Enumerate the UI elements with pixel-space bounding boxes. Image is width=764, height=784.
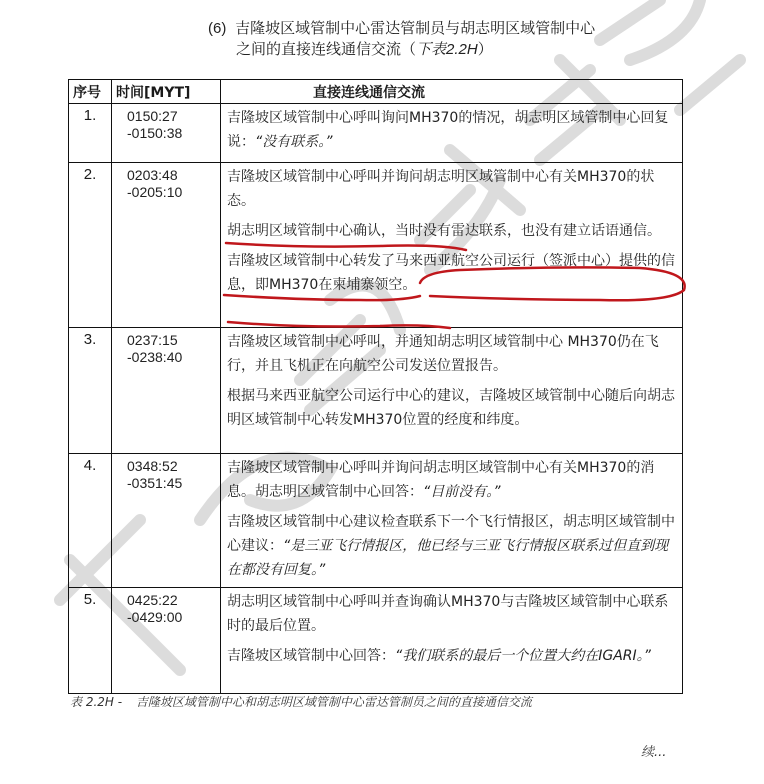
row-time: 0150:27-0150:38: [112, 104, 221, 163]
row-time: 0348:52-0351:45: [112, 454, 221, 588]
row-communication: 吉隆坡区域管制中心呼叫并询问胡志明区域管制中心有关MH370的消息。胡志明区域管…: [221, 454, 683, 588]
row-communication: 胡志明区域管制中心呼叫并查询确认MH370与吉隆坡区域管制中心联系时的最后位置。…: [221, 588, 683, 694]
table-row: 3. 0237:15-0238:40 吉隆坡区域管制中心呼叫，并通知胡志明区域管…: [69, 328, 683, 454]
table-row: 4. 0348:52-0351:45 吉隆坡区域管制中心呼叫并询问胡志明区域管制…: [69, 454, 683, 588]
row-time: 0425:22-0429:00: [112, 588, 221, 694]
communication-table: 序号 时间[MYT] 直接连线通信交流 1. 0150:27-0150:38 吉…: [68, 79, 683, 694]
table-row: 1. 0150:27-0150:38 吉隆坡区域管制中心呼叫询问MH370的情况…: [69, 104, 683, 163]
row-seq: 3.: [69, 328, 112, 454]
row-seq: 1.: [69, 104, 112, 163]
table-caption: 表 2.2H - 吉隆坡区域管制中心和胡志明区域管制中心雷达管制员之间的直接通信…: [70, 693, 532, 710]
header-seq: 序号: [69, 80, 112, 104]
row-time: 0237:15-0238:40: [112, 328, 221, 454]
section-number: (6): [208, 20, 226, 37]
table-row: 2. 0203:48-0205:10 吉隆坡区域管制中心呼叫并询问胡志明区域管制…: [69, 163, 683, 328]
caption-label: 表 2.2H -: [70, 693, 132, 710]
continued-marker: 续...: [641, 741, 666, 760]
row-communication: 吉隆坡区域管制中心呼叫询问MH370的情况，胡志明区域管制中心回复说：“没有联系…: [221, 104, 683, 163]
section-heading: (6) 吉隆坡区域管制中心雷达管制员与胡志明区域管制中心 之间的直接连线通信交流…: [208, 18, 648, 60]
row-seq: 5.: [69, 588, 112, 694]
table-row: 5. 0425:22-0429:00 胡志明区域管制中心呼叫并查询确认MH370…: [69, 588, 683, 694]
caption-text: 吉隆坡区域管制中心和胡志明区域管制中心雷达管制员之间的直接通信交流: [136, 695, 532, 709]
row-communication: 吉隆坡区域管制中心呼叫并询问胡志明区域管制中心有关MH370的状态。 胡志明区域…: [221, 163, 683, 328]
table-reference: 下表2.2H: [416, 41, 478, 58]
header-communication: 直接连线通信交流: [221, 80, 683, 104]
row-seq: 4.: [69, 454, 112, 588]
header-time: 时间[MYT]: [112, 80, 221, 104]
row-communication: 吉隆坡区域管制中心呼叫，并通知胡志明区域管制中心 MH370仍在飞行，并且飞机正…: [221, 328, 683, 454]
table-header-row: 序号 时间[MYT] 直接连线通信交流: [69, 80, 683, 104]
row-seq: 2.: [69, 163, 112, 328]
heading-line-2: 之间的直接连线通信交流（: [236, 40, 416, 58]
row-time: 0203:48-0205:10: [112, 163, 221, 328]
heading-line-1: 吉隆坡区域管制中心雷达管制员与胡志明区域管制中心: [235, 19, 595, 37]
